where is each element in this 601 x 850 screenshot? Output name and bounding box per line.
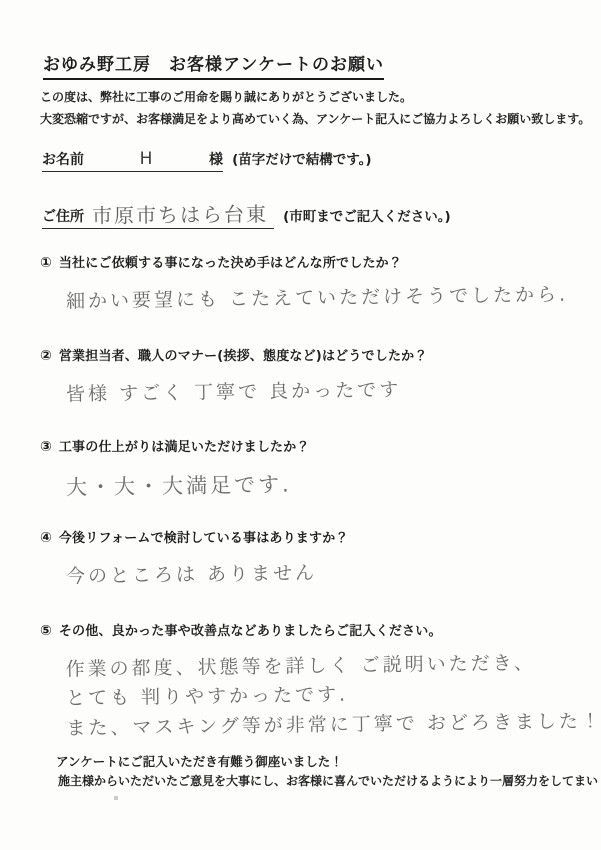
- name-field-suffix: 様: [209, 149, 223, 169]
- question-4-head: ④ 今後リフォームで検討している事はありますか？: [40, 527, 581, 546]
- page-title: おゆみ野工房 お客様アンケートのお願い: [43, 50, 384, 80]
- name-field-label: お名前: [42, 149, 84, 169]
- handwritten-name-value: H: [140, 149, 154, 169]
- question-1: ① 当社にご依頼する事になった決め手はどんな所でしたか？ 細かい要望にも こたえ…: [40, 252, 581, 313]
- address-field-line: ご住所 市原市ちはら台東: [42, 205, 274, 229]
- question-3: ③ 工事の仕上がりは満足いただけましたか？ 大・大・大満足です.: [40, 436, 581, 501]
- handwritten-answer-1: 細かい要望にも こたえていただけそうでしたから.: [66, 280, 581, 317]
- question-3-text: 工事の仕上がりは満足いただけましたか？: [59, 436, 310, 455]
- address-field-label: ご住所: [42, 206, 84, 226]
- question-1-number: ①: [40, 255, 52, 271]
- handwritten-answer-3: 大・大・大満足です.: [66, 464, 581, 504]
- handwritten-answer-4: 今のところは ありません: [66, 555, 581, 592]
- scanned-survey-page: おゆみ野工房 お客様アンケートのお願い この度は、弊社に工事のご用命を賜り誠にあ…: [0, 0, 601, 850]
- handwritten-answer-5-line-3: また、マスキング等が非常に丁寧で おどろきました！: [66, 707, 581, 744]
- question-1-head: ① 当社にご依頼する事になった決め手はどんな所でしたか？: [40, 252, 581, 271]
- name-field-blank: H: [84, 149, 209, 169]
- question-3-number: ③: [40, 439, 52, 455]
- question-4: ④ 今後リフォームで検討している事はありますか？ 今のところは ありません: [40, 527, 581, 588]
- question-5: ⑤ その他、良かった事や改善点などありましたらご記入ください。 作業の都度、状態…: [40, 620, 581, 740]
- question-2: ② 営業担当者、職人のマナー(挨拶、態度など)はどうでしたか？ 皆様 すごく 丁…: [40, 345, 581, 406]
- question-2-text: 営業担当者、職人のマナー(挨拶、態度など)はどうでしたか？: [59, 345, 428, 364]
- question-3-head: ③ 工事の仕上がりは満足いただけましたか？: [40, 436, 581, 455]
- question-5-number: ⑤: [40, 623, 52, 639]
- handwritten-answer-5: 作業の都度、状態等を詳しく ご説明いただき、 とても 判りやすかったです. また…: [65, 648, 581, 743]
- handwritten-answer-2: 皆様 すごく 丁寧で 良かったです: [66, 373, 581, 410]
- question-4-text: 今後リフォームで検討している事はありますか？: [59, 527, 349, 546]
- name-field-line: お名前 H 様: [42, 149, 223, 172]
- footer-thanks: アンケートにご記入いただき有難う御座いました！: [56, 752, 343, 770]
- question-5-head: ⑤ その他、良かった事や改善点などありましたらご記入ください。: [40, 620, 581, 639]
- question-5-text: その他、良かった事や改善点などありましたらご記入ください。: [59, 620, 442, 639]
- handwritten-address-value: 市原市ちはら台東: [92, 204, 268, 227]
- question-2-number: ②: [40, 348, 52, 364]
- intro-line-2: 大変恐縮ですが、お客様満足をより高めていく為、アンケート記入にご協力よろしくお願…: [40, 110, 590, 127]
- question-2-head: ② 営業担当者、職人のマナー(挨拶、態度など)はどうでしたか？: [40, 345, 581, 364]
- footer-message: 施主様からいただいたご意見を大事にし、お客様に喜んでいただけるようにより一層努力…: [58, 772, 601, 789]
- question-1-text: 当社にご依頼する事になった決め手はどんな所でしたか？: [59, 252, 402, 271]
- intro-line-1: この度は、弊社に工事のご用命を賜り誠にありがとうございました。: [40, 88, 412, 105]
- address-field-row: ご住所 市原市ちはら台東 (市町までご記入ください。): [42, 205, 451, 229]
- name-field-note: (苗字だけで結構です。): [232, 152, 372, 168]
- scan-smudge: [114, 796, 118, 800]
- name-field-row: お名前 H 様 (苗字だけで結構です。): [42, 148, 372, 172]
- address-field-note: (市町までご記入ください。): [283, 209, 451, 225]
- question-4-number: ④: [40, 530, 52, 546]
